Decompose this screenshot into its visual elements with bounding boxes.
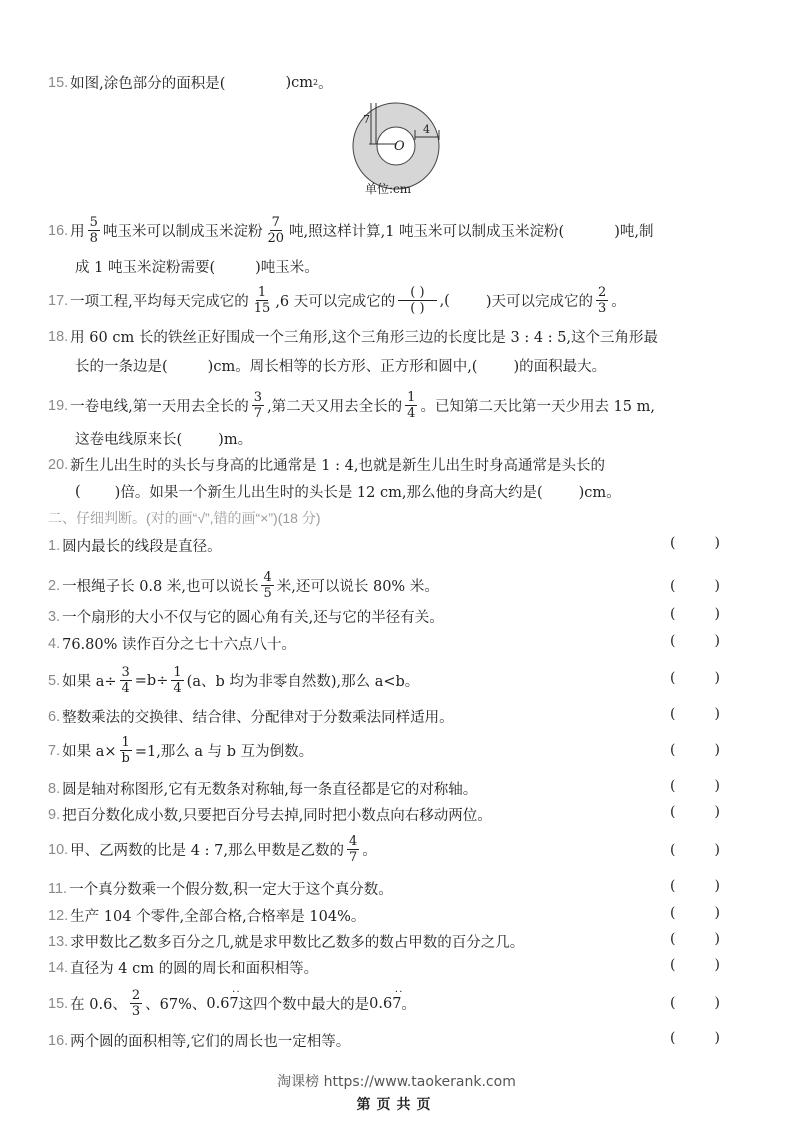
- question-15: 15. 如图,涂色部分的面积是( )cm2 。: [48, 72, 333, 93]
- answer-box[interactable]: (): [670, 995, 720, 1011]
- question-19-line2: 这卷电线原来长( )m。: [75, 428, 252, 449]
- answer-box[interactable]: (): [670, 878, 720, 894]
- fraction: 58: [88, 215, 100, 246]
- answer-box[interactable]: (): [670, 778, 720, 794]
- judgment-15: 15.在 0.6、 23 、67%、0.67 这四个数中最大的是 0.67。: [48, 988, 416, 1019]
- answer-box[interactable]: (): [670, 1030, 720, 1046]
- svg-text:4: 4: [423, 123, 430, 136]
- judgment-10: 10.甲、乙两数的比是 4 : 7,那么甲数是乙数的 47 。: [48, 834, 377, 865]
- question-18: 18. 用 60 cm 长的铁丝正好围成一个三角形,这个三角形三边的长度比是 3…: [48, 326, 658, 347]
- question-16-line2: 成 1 吨玉米淀粉需要( )吨玉米。: [75, 256, 319, 277]
- watermark: 淘课榜 https://www.taokerank.com: [0, 1071, 793, 1091]
- fraction: 37: [252, 390, 264, 421]
- fraction: 14: [405, 390, 417, 421]
- question-19: 19. 一卷电线,第一天用去全长的 37 ,第二天又用去全长的 14 。已知第二…: [48, 390, 655, 421]
- judgment-5: 5.如果 a÷ 34 =b÷ 14 (a、b 均为非零自然数),那么 a<b。: [48, 665, 419, 696]
- judgment-6: 6.整数乘法的交换律、结合律、分配律对于分数乘法同样适用。: [48, 706, 454, 727]
- judgment-8: 8.圆是轴对称图形,它有无数条对称轴,每一条直径都是它的对称轴。: [48, 778, 477, 799]
- question-18-line2: 长的一条边是( )cm。周长相等的长方形、正方形和圆中,( )的面积最大。: [75, 355, 606, 376]
- judgment-4: 4.76.80% 读作百分之七十六点八十。: [48, 633, 296, 654]
- answer-box[interactable]: (): [670, 578, 720, 594]
- fraction: 115: [252, 285, 273, 316]
- judgment-13: 13.求甲数比乙数多百分之几,就是求甲数比乙数多的数占甲数的百分之几。: [48, 931, 524, 952]
- answer-box[interactable]: (): [670, 706, 720, 722]
- judgment-9: 9.把百分数化成小数,只要把百分号去掉,同时把小数点向右移动两位。: [48, 804, 492, 825]
- judgment-14: 14.直径为 4 cm 的圆的周长和面积相等。: [48, 957, 318, 978]
- answer-box[interactable]: (): [670, 931, 720, 947]
- annulus-figure: 7 4 O: [350, 100, 442, 192]
- blank-fraction[interactable]: ( )( ): [398, 285, 436, 316]
- answer-box[interactable]: (): [670, 742, 720, 758]
- fraction: 1b: [120, 735, 132, 766]
- answer-box[interactable]: (): [670, 905, 720, 921]
- fraction: 34: [120, 665, 132, 696]
- svg-text:O: O: [394, 139, 405, 154]
- fraction: 23: [130, 988, 142, 1019]
- question-16: 16. 用 58 吨玉米可以制成玉米淀粉 720 吨,照这样计算,1 吨玉米可以…: [48, 215, 654, 246]
- fraction: 720: [265, 215, 286, 246]
- fraction: 47: [347, 834, 359, 865]
- svg-text:7: 7: [363, 113, 370, 126]
- judgment-7: 7.如果 a× 1b =1,那么 a 与 b 互为倒数。: [48, 735, 313, 766]
- answer-box[interactable]: (): [670, 633, 720, 649]
- question-number: 15.: [48, 75, 68, 91]
- question-17: 17. 一项工程,平均每天完成它的 115 ,6 天可以完成它的 ( )( ) …: [48, 285, 626, 316]
- fraction: 14: [171, 665, 183, 696]
- question-20-line2: ( )倍。如果一个新生儿出生时的头长是 12 cm,那么他的身高大约是( )cm…: [75, 481, 621, 502]
- answer-box[interactable]: (): [670, 606, 720, 622]
- judgment-2: 2.一根绳子长 0.8 米,也可以说长 45 米,还可以说长 80% 米。: [48, 570, 439, 601]
- fraction: 23: [596, 285, 608, 316]
- figure-caption: 单位:cm: [365, 180, 411, 197]
- repeating-decimal: 0.67: [369, 996, 401, 1012]
- answer-box[interactable]: (): [670, 842, 720, 858]
- answer-box[interactable]: (): [670, 535, 720, 551]
- judgment-16: 16.两个圆的面积相等,它们的周长也一定相等。: [48, 1030, 350, 1051]
- question-20: 20. 新生儿出生时的头长与身高的比通常是 1 : 4,也就是新生儿出生时身高通…: [48, 454, 605, 475]
- judgment-11: 11.一个真分数乘一个假分数,积一定大于这个真分数。: [48, 878, 393, 899]
- fraction: 45: [261, 570, 273, 601]
- answer-box[interactable]: (): [670, 670, 720, 686]
- repeating-decimal: 0.67: [206, 996, 238, 1012]
- answer-box[interactable]: (): [670, 957, 720, 973]
- judgment-1: 1.圆内最长的线段是直径。: [48, 535, 222, 556]
- judgment-12: 12.生产 104 个零件,全部合格,合格率是 104%。: [48, 905, 365, 926]
- answer-box[interactable]: (): [670, 804, 720, 820]
- page-number: 第页共页: [0, 1094, 793, 1114]
- section-2-title: 二、仔细判断。(对的画“√”,错的画“×”)(18 分): [48, 508, 321, 528]
- judgment-3: 3.一个扇形的大小不仅与它的圆心角有关,还与它的半径有关。: [48, 606, 444, 627]
